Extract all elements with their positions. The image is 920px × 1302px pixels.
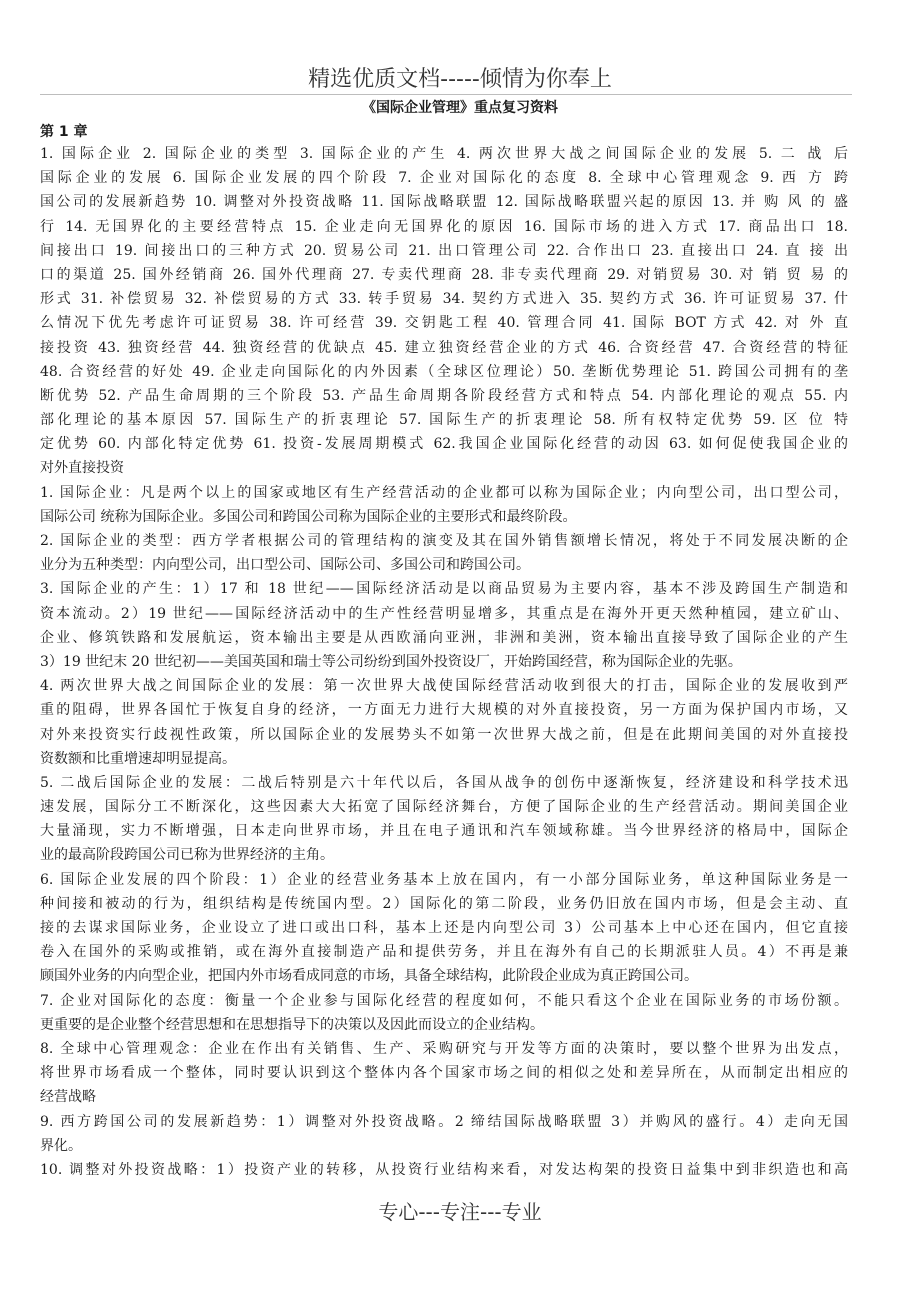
- paragraph-line: 重的阻碍，世界各国忙于恢复自身的经济，一方面无力进行大规模的对外直接投资，另一方…: [40, 698, 848, 722]
- paragraph-line: 对外来投资实行歧视性政策，所以国际企业的发展势头不如第一次世界大战之前，但是在此…: [40, 723, 848, 747]
- section-3: 3. 国际企业的产生：1）17 和 18 世纪——国际经济活动是以商品贸易为主要…: [40, 577, 848, 674]
- paragraph-line: 国际公司 统称为国际企业。多国公司和跨国公司称为国际企业的主要形式和最终阶段。: [40, 505, 848, 529]
- paragraph-line: 业分为五种类型：内向型公司，出口型公司、国际公司、多国公司和跨国公司。: [40, 553, 848, 577]
- paragraph-line: 资数额和比重增速却明显提高。: [40, 747, 848, 771]
- section-6: 6. 国际企业发展的四个阶段：1）企业的经营业务基本上放在国内，有一小部分国际业…: [40, 868, 848, 989]
- index-line: 接投资 43. 独资经营 44. 独资经营的优缺点 45. 建立独资经营企业的方…: [40, 336, 848, 360]
- index-line: 国公司的发展新趋势 10. 调整对外投资战略 11. 国际战略联盟 12. 国际…: [40, 190, 848, 214]
- document-body: 1. 国际企业 2. 国际企业的类型 3. 国际企业的产生 4. 两次世界大战之…: [40, 142, 848, 1182]
- chapter-index: 1. 国际企业 2. 国际企业的类型 3. 国际企业的产生 4. 两次世界大战之…: [40, 142, 848, 481]
- index-line: 48. 合资经营的好处 49. 企业走向国际化的内外因素（全球区位理论）50. …: [40, 360, 848, 384]
- index-line: 定优势 60. 内部化特定优势 61. 投资-发展周期模式 62.我国企业国际化…: [40, 432, 848, 456]
- section-8: 8. 全球中心管理观念：企业在作出有关销售、生产、采购研究与开发等方面的决策时，…: [40, 1037, 848, 1110]
- paragraph-line: 1. 国际企业：凡是两个以上的国家或地区有生产经营活动的企业都可以称为国际企业；…: [40, 481, 848, 505]
- paragraph-line: 8. 全球中心管理观念：企业在作出有关销售、生产、采购研究与开发等方面的决策时，…: [40, 1037, 848, 1061]
- paragraph-line: 5. 二战后国际企业的发展：二战后特别是六十年代以后，各国从战争的创伤中逐渐恢复…: [40, 771, 848, 795]
- paragraph-line: 顾国外业务的内向型企业，把国内外市场看成同意的市场，具备全球结构，此阶段企业成为…: [40, 964, 848, 988]
- section-2: 2. 国际企业的类型：西方学者根据公司的管理结构的演变及其在国外销售额增长情况，…: [40, 529, 848, 577]
- paragraph-line: 6. 国际企业发展的四个阶段：1）企业的经营业务基本上放在国内，有一小部分国际业…: [40, 868, 848, 892]
- paragraph-line: 卷入在国外的采购或推销，或在海外直接制造产品和提供劳务，并且在海外有自己的长期派…: [40, 940, 848, 964]
- paragraph-line: 大量涌现，实力不断增强，日本走向世界市场，并且在电子通讯和汽车领域称雄。当今世界…: [40, 819, 848, 843]
- paragraph-line: 4. 两次世界大战之间国际企业的发展：第一次世界大战使国际经营活动收到很大的打击…: [40, 674, 848, 698]
- section-4: 4. 两次世界大战之间国际企业的发展：第一次世界大战使国际经营活动收到很大的打击…: [40, 674, 848, 771]
- header-divider: [40, 94, 852, 95]
- paragraph-line: 3. 国际企业的产生：1）17 和 18 世纪——国际经济活动是以商品贸易为主要…: [40, 577, 848, 601]
- index-line: 1. 国际企业 2. 国际企业的类型 3. 国际企业的产生 4. 两次世界大战之…: [40, 142, 848, 166]
- paragraph-line: 更重要的是企业整个经营思想和在思想指导下的决策以及因此而设立的企业结构。: [40, 1013, 848, 1037]
- paragraph-line: 2. 国际企业的类型：西方学者根据公司的管理结构的演变及其在国外销售额增长情况，…: [40, 529, 848, 553]
- section-5: 5. 二战后国际企业的发展：二战后特别是六十年代以后，各国从战争的创伤中逐渐恢复…: [40, 771, 848, 868]
- index-line: 部化理论的基本原因 57. 国际生产的折衷理论 57. 国际生产的折衷理论 58…: [40, 408, 848, 432]
- page-header-banner: 精选优质文档-----倾情为你奉上: [0, 62, 920, 93]
- paragraph-line: 资本流动。2）19 世纪——国际经济活动中的生产性经营明显增多，其重点是在海外开…: [40, 602, 848, 626]
- index-line: 口的渠道 25. 国外经销商 26. 国外代理商 27. 专卖代理商 28. 非…: [40, 263, 848, 287]
- paragraph-line: 经营战略: [40, 1085, 848, 1109]
- paragraph-line: 7. 企业对国际化的态度：衡量一个企业参与国际化经营的程度如何，不能只看这个企业…: [40, 989, 848, 1013]
- paragraph-line: 3）19 世纪末 20 世纪初——美国英国和瑞士等公司纷纷到国外投资设厂，开始跨…: [40, 650, 848, 674]
- paragraph-line: 速发展，国际分工不断深化，这些因素大大拓宽了国际经济舞台，方便了国际企业的生产经…: [40, 795, 848, 819]
- paragraph-line: 10. 调整对外投资战略：1）投资产业的转移，从投资行业结构来看，对发达构架的投…: [40, 1158, 848, 1182]
- page-footer-slogan: 专心---专注---专业: [0, 1196, 920, 1225]
- index-line: 间接出口 19. 间接出口的三种方式 20. 贸易公司 21. 出口管理公司 2…: [40, 239, 848, 263]
- section-10: 10. 调整对外投资战略：1）投资产业的转移，从投资行业结构来看，对发达构架的投…: [40, 1158, 848, 1182]
- section-9: 9. 西方跨国公司的发展新趋势：1）调整对外投资战略。2 缔结国际战略联盟 3）…: [40, 1110, 848, 1158]
- chapter-heading: 第 1 章: [40, 121, 88, 141]
- index-line: 么情况下优先考虑许可证贸易 38. 许可经营 39. 交钥匙工程 40. 管理合…: [40, 311, 848, 335]
- document-title: 《国际企业管理》重点复习资料: [0, 97, 920, 117]
- paragraph-line: 接的去谋求国际业务，企业设立了进口或出口科，基本上还是内向型公司 3）公司基本上…: [40, 916, 848, 940]
- section-7: 7. 企业对国际化的态度：衡量一个企业参与国际化经营的程度如何，不能只看这个企业…: [40, 989, 848, 1037]
- section-1: 1. 国际企业：凡是两个以上的国家或地区有生产经营活动的企业都可以称为国际企业；…: [40, 481, 848, 529]
- paragraph-line: 9. 西方跨国公司的发展新趋势：1）调整对外投资战略。2 缔结国际战略联盟 3）…: [40, 1110, 848, 1134]
- index-line: 形式 31. 补偿贸易 32. 补偿贸易的方式 33. 转手贸易 34. 契约方…: [40, 287, 848, 311]
- index-line: 断优势 52. 产品生命周期的三个阶段 53. 产品生命周期各阶段经营方式和特点…: [40, 384, 848, 408]
- paragraph-line: 种间接和被动的行为，组织结构是传统国内型。2）国际化的第二阶段，业务仍旧放在国内…: [40, 892, 848, 916]
- index-line: 对外直接投资: [40, 456, 848, 480]
- paragraph-line: 界化。: [40, 1134, 848, 1158]
- paragraph-line: 企业、修筑铁路和发展航运，资本输出主要是从西欧涌向亚洲，非洲和美洲，资本输出直接…: [40, 626, 848, 650]
- index-line: 行 14. 无国界化的主要经营特点 15. 企业走向无国界化的原因 16. 国际…: [40, 215, 848, 239]
- paragraph-line: 业的最高阶段跨国公司已称为世界经济的主角。: [40, 843, 848, 867]
- index-line: 国际企业的发展 6. 国际企业发展的四个阶段 7. 企业对国际化的态度 8. 全…: [40, 166, 848, 190]
- paragraph-line: 将世界市场看成一个整体，同时要认识到这个整体内各个国家市场之间的相似之处和差异所…: [40, 1061, 848, 1085]
